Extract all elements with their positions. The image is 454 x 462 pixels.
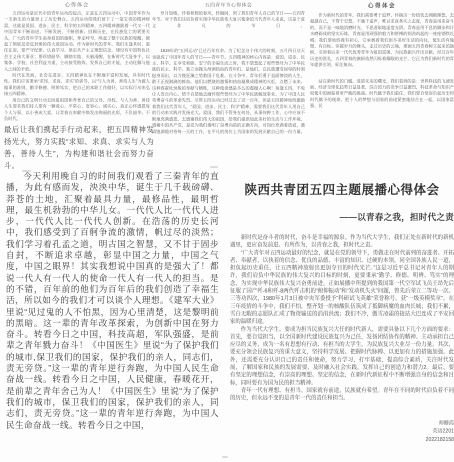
- document-top-left-title: 心得体会: [4, 2, 150, 9]
- essay-title: 陕西共青团五四主题展播心得体会: [230, 182, 454, 198]
- paragraph: 岁月如梭，伴着和煦的春风，转眼间，到了我们青年人自己的节日——五四青年节。对于我…: [152, 10, 305, 29]
- document-top-middle-title: 五四青年节心得体会: [152, 2, 305, 9]
- paragraph: 用自己的文明行动去回报祖国和养育自己的父母、母校，与人为善、善待人生要求我们待人…: [4, 97, 150, 122]
- paragraph: 1919年的“五四运动”已过百年有余。为了纪念这个伟大的时刻，五月四日这天也就成…: [152, 48, 305, 135]
- document-top-left-body: 心得体会 五四运动是近代中国青年运动的起点，正是在五四运动中，中国青年作为一支新…: [4, 2, 150, 122]
- document-bottom-left: 今天利用晚自习的时间我们观看了三秦青年的直播，为此有感而发，泱泱中华，诞生于几千…: [6, 171, 219, 462]
- scan-artifact: [222, 456, 228, 458]
- document-top-right-body: 心得体会 作为新时代的青年，我们需要勇于追梦、怀揣这一份热忱去拥抱理想，去超越自…: [310, 2, 454, 109]
- essay-body: 新时代是奋斗者的时代，奋斗是幸福的源泉。作为当代大学生，我们正处在新时代的新机遇…: [230, 234, 454, 444]
- paragraph: 新时代是奋斗者的时代，奋斗是幸福的源泉。作为当代大学生，我们正处在新时代的新机遇…: [230, 234, 454, 249]
- paragraph: 今天利用晚自习的时间我们观看了三秦青年的直播，为此有感而发，泱泱中华，诞生于几千…: [6, 171, 219, 431]
- signature-class: 英语2201: [230, 428, 454, 436]
- paragraph: 作为新时代的青年，我们需要勇于追梦、怀揣这一份热忱去拥抱理想，去超越自己，不骛于…: [310, 12, 454, 68]
- paragraph: 时代在发展，社会在进步，五四精神也在不断地丰富和发展，具有时代性。我们应该秉承“…: [4, 72, 150, 97]
- document-bottom-right: 陕西共青团五四主题展播心得体会 ——以青春之我，担时代之责 新时代是奋斗者的时代…: [230, 182, 454, 460]
- paragraph: “广大青年对五四运动最好的纪念，就是在党的领导下，勇做走在时代前列的奋进者、开拓…: [230, 249, 454, 325]
- paragraph: 作为当代大学生，要成为担当民族复兴大任的时代新人，需要具备以下几个方面的要求：首…: [230, 326, 454, 387]
- closing-statement: 最后让我们携起手行动起来，把五四精神发扬光大，努力实践“求知、求真、求实与人为善…: [4, 124, 154, 172]
- document-top-right: 心得体会 作为新时代的青年，我们需要勇于追梦、怀揣这一份热忱去拥抱理想，去超越自…: [310, 2, 454, 178]
- document-top-middle-body: 五四青年节心得体会 岁月如梭，伴着和煦的春风，转眼间，到了我们青年人自己的节日—…: [152, 2, 305, 134]
- document-top-left: 心得体会 五四运动是近代中国青年运动的起点，正是在五四运动中，中国青年作为一支新…: [4, 2, 150, 168]
- scan-artifact: [22, 170, 31, 172]
- essay-subtitle: ——以青春之我，担时代之责: [230, 211, 454, 223]
- scanned-essays-collage: 心得体会 五四运动是近代中国青年运动的起点，正是在五四运动中，中国青年作为一支新…: [0, 0, 454, 462]
- paragraph: 五四运动是近代中国青年运动的起点，正是在五四运动中，中国青年作为一支新生的力量登…: [4, 10, 150, 72]
- scan-artifact: [210, 166, 218, 168]
- signature-block: 师姗霞 英语2201 2022182158: [230, 419, 454, 444]
- signature-student-id: 2022182158: [230, 436, 454, 444]
- paragraph: 站在新时代的门槛，遥望未来的曙光，我们看到的是：世界科技的飞速发展、经济全球化趋…: [310, 78, 454, 109]
- document-top-right-title: 心得体会: [310, 2, 454, 10]
- document-top-middle: 五四青年节心得体会 岁月如梭，伴着和煦的春风，转眼间，到了我们青年人自己的节日—…: [152, 2, 305, 164]
- signature-name: 师姗霞: [230, 419, 454, 427]
- paragraph: 青年一代有理想、有担当，国家就有前途，民族就有希望。青年在不同的时代肩负着不同的…: [230, 387, 454, 402]
